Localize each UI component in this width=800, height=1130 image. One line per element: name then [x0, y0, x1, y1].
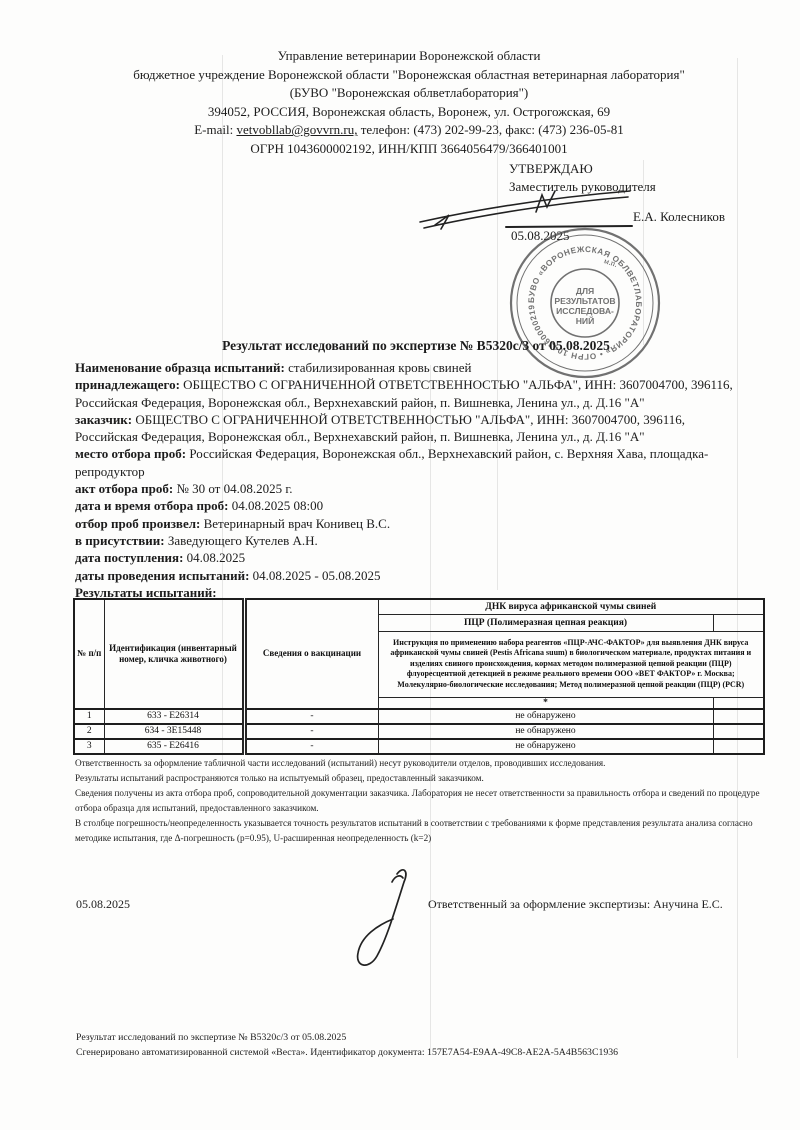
detail-value: Российская Федерация, Воронежская обл., …: [75, 429, 645, 444]
org-address: 394052, РОССИЯ, Воронежская область, Вор…: [30, 103, 788, 122]
test-result: не обнаружено: [378, 709, 713, 724]
detail-value: Заведующего Кутелев А.Н.: [165, 533, 318, 548]
test-result: не обнаружено: [378, 739, 713, 754]
test-result: не обнаружено: [378, 724, 713, 739]
detail-value: Российская Федерация, Воронежская обл., …: [75, 395, 645, 410]
detail-line: даты проведения испытаний: 04.08.2025 - …: [75, 567, 770, 584]
detail-label: дата поступления:: [75, 550, 183, 565]
vaccination-info: -: [244, 709, 378, 724]
org-phone-fax: телефон: (473) 202-99-23, факс: (473) 23…: [357, 122, 623, 137]
footer-generated-id: Сгенерировано автоматизированной системо…: [76, 1046, 618, 1061]
scanned-lab-report-page: Управление ветеринарии Воронежской облас…: [0, 0, 800, 1130]
document-footer: Результат исследований по экспертизе № В…: [76, 1031, 618, 1060]
detail-value: 04.08.2025 08:00: [229, 498, 324, 513]
footnote-line: Результаты испытаний распространяются то…: [75, 771, 765, 786]
footnote-line: Сведения получены из акта отбора проб, с…: [75, 786, 765, 816]
detail-label: отбор проб произвел:: [75, 516, 200, 531]
row-number: 2: [74, 724, 104, 739]
vaccination-info: -: [244, 724, 378, 739]
detail-label: дата и время отбора проб:: [75, 498, 229, 513]
detail-line: заказчик: ОБЩЕСТВО С ОГРАНИЧЕННОЙ ОТВЕТС…: [75, 411, 770, 428]
detail-label: даты проведения испытаний:: [75, 568, 249, 583]
detail-label: в присутствии:: [75, 533, 165, 548]
detail-line: акт отбора проб: № 30 от 04.08.2025 г.: [75, 480, 770, 497]
stamp-center-line3: ИССЛЕДОВА-: [556, 306, 614, 316]
table-row: 3 635 - Е26416 - не обнаружено: [74, 739, 764, 754]
letterhead: Управление ветеринарии Воронежской облас…: [30, 47, 788, 159]
detail-line: место отбора проб: Российская Федерация,…: [75, 445, 770, 462]
detail-line: принадлежащего: ОБЩЕСТВО С ОГРАНИЧЕННОЙ …: [75, 376, 770, 393]
header-uncertainty: [713, 614, 764, 631]
detail-value: 04.08.2025 - 05.08.2025: [249, 568, 380, 583]
row-number: 3: [74, 739, 104, 754]
detail-line: Наименование образца испытаний: стабилиз…: [75, 359, 770, 376]
footnotes: Ответственность за оформление табличной …: [75, 756, 765, 846]
detail-label: Наименование образца испытаний:: [75, 360, 285, 375]
org-contacts: E-mail: vetvobllab@govvrn.ru, телефон: (…: [30, 121, 788, 140]
asterisk-uncertainty-cell: [713, 697, 764, 709]
org-ogrn-inn: ОГРН 1043600002192, ИНН/КПП 3664056479/3…: [30, 140, 788, 159]
vaccination-info: -: [244, 739, 378, 754]
detail-line: в присутствии: Заведующего Кутелев А.Н.: [75, 532, 770, 549]
row-number: 1: [74, 709, 104, 724]
table-row: 1 633 - Е26314 - не обнаружено: [74, 709, 764, 724]
header-pcr: ПЦР (Полимеразная цепная реакция): [378, 614, 713, 631]
results-table: № п/п Идентификация (инвентарный номер, …: [73, 598, 765, 755]
org-name: бюджетное учреждение Воронежской области…: [30, 66, 788, 85]
signoff-date: 05.08.2025: [76, 897, 130, 912]
footer-expertise-ref: Результат исследований по экспертизе № В…: [76, 1031, 618, 1046]
footnote-line: Ответственность за оформление табличной …: [75, 756, 765, 771]
sample-id: 635 - Е26416: [104, 739, 244, 754]
sample-id: 634 - 3Е15448: [104, 724, 244, 739]
uncertainty-value: [713, 724, 764, 739]
detail-line: дата и время отбора проб: 04.08.2025 08:…: [75, 497, 770, 514]
detail-line: дата поступления: 04.08.2025: [75, 549, 770, 566]
responsible-signature: [345, 862, 430, 977]
sample-id: 633 - Е26314: [104, 709, 244, 724]
header-dnk: ДНК вируса африканской чумы свиней: [378, 599, 764, 614]
col-header-vacc: Сведения о вакцинации: [244, 599, 378, 709]
detail-label: принадлежащего:: [75, 377, 180, 392]
detail-value: № 30 от 04.08.2025 г.: [173, 481, 292, 496]
detail-value: Ветеринарный врач Конивец В.С.: [200, 516, 390, 531]
detail-value: ОБЩЕСТВО С ОГРАНИЧЕННОЙ ОТВЕТСТВЕННОСТЬЮ…: [132, 412, 685, 427]
col-header-num: № п/п: [74, 599, 104, 709]
stamp-center-line2: РЕЗУЛЬТАТОВ: [554, 296, 615, 306]
detail-value: репродуктор: [75, 464, 145, 479]
uncertainty-value: [713, 739, 764, 754]
detail-line: отбор проб произвел: Ветеринарный врач К…: [75, 515, 770, 532]
stamp-center-line1: ДЛЯ: [576, 286, 594, 296]
results-table-body: 1 633 - Е26314 - не обнаружено 2 634 - 3…: [74, 709, 764, 754]
detail-value: ОБЩЕСТВО С ОГРАНИЧЕННОЙ ОТВЕТСТВЕННОСТЬЮ…: [180, 377, 733, 392]
detail-label: место отбора проб:: [75, 446, 186, 461]
detail-label: акт отбора проб:: [75, 481, 173, 496]
table-row: 2 634 - 3Е15448 - не обнаружено: [74, 724, 764, 739]
asterisk-cell: *: [378, 697, 713, 709]
col-header-id: Идентификация (инвентарный номер, кличка…: [104, 599, 244, 709]
document-title: Результат исследований по экспертизе № В…: [32, 338, 800, 354]
approve-word: УТВЕРЖДАЮ: [509, 160, 656, 178]
footnote-line: В столбце погрешность/неопределенность у…: [75, 816, 765, 846]
detail-value: стабилизированная кровь свиней: [285, 360, 472, 375]
method-description: Инструкция по применению набора реагенто…: [378, 631, 764, 697]
detail-label: заказчик:: [75, 412, 132, 427]
sample-details: Наименование образца испытаний: стабилиз…: [75, 359, 770, 601]
responsible-label: Ответственный за оформление экспертизы: …: [428, 897, 723, 912]
org-department: Управление ветеринарии Воронежской облас…: [30, 47, 788, 66]
org-short-name: (БУВО "Воронежская облветлаборатория"): [30, 84, 788, 103]
detail-line: Российская Федерация, Воронежская обл., …: [75, 428, 770, 445]
detail-line: репродуктор: [75, 463, 770, 480]
detail-value: 04.08.2025: [183, 550, 245, 565]
org-email: vetvobllab@govvrn.ru,: [236, 122, 357, 137]
email-label: E-mail:: [194, 122, 236, 137]
stamp-center-line4: НИЙ: [576, 315, 595, 326]
detail-value: Российская Федерация, Воронежская обл., …: [186, 446, 708, 461]
detail-line: Российская Федерация, Воронежская обл., …: [75, 394, 770, 411]
uncertainty-value: [713, 709, 764, 724]
